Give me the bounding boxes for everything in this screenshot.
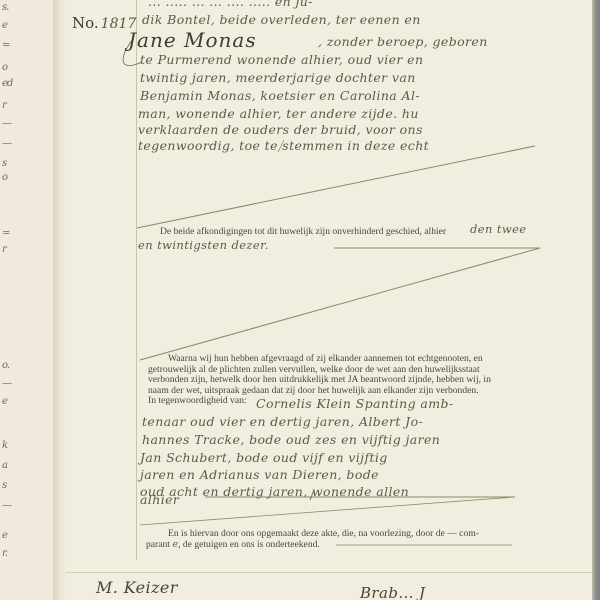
book-gutter	[53, 0, 66, 600]
left-page-fragment: —	[2, 138, 11, 149]
left-page-fragment: k	[2, 440, 7, 451]
witness-line-alhier: alhier	[140, 492, 179, 507]
handwritten-line: dik Bontel, beide overleden, ter eenen e…	[142, 12, 421, 27]
proclamations-date-1: den twee	[470, 222, 527, 236]
proclamations-text: De beide afkondigingen tot dit huwelijk …	[160, 226, 446, 237]
closing-rest: , de getuigen en ons is onderteekend.	[178, 539, 320, 550]
left-page-fragment: a	[2, 460, 7, 471]
handwritten-line: twintig jaren, meerderjarige dochter van	[140, 70, 416, 85]
left-page-fragment: =	[2, 40, 9, 51]
closing-line-1: En is hiervan door ons opgemaakt deze ak…	[168, 528, 479, 539]
left-page-fragment: ed	[2, 78, 12, 89]
left-page-fragment: o	[2, 172, 7, 183]
witness-line: hannes Tracke, bode oud zes en vijftig j…	[142, 432, 440, 447]
left-page-fragment: —	[2, 118, 11, 129]
left-page-fragment: e	[2, 396, 7, 407]
handwritten-line-bride: Jane Monas	[128, 28, 257, 52]
left-page-fragment: s	[2, 158, 6, 169]
left-page-fragment: s	[2, 480, 6, 491]
witness-line: Jan Schubert, bode oud vijf en vijftig	[140, 450, 388, 465]
witness-line: oud acht en dertig jaren, wonende allen	[140, 484, 409, 499]
page-edge	[592, 0, 600, 600]
handwritten-line-tail: , zonder beroep, geboren	[318, 34, 488, 49]
left-page-fragment: r	[2, 244, 6, 255]
left-page-fragment: =	[2, 228, 9, 239]
left-page-fragment: r.	[2, 548, 7, 559]
closing-line-2: parant e, de getuigen en ons is ondertee…	[146, 539, 320, 550]
bottom-rule	[66, 572, 592, 573]
margin-rule	[136, 0, 137, 560]
closing-parant: parant	[146, 539, 170, 550]
proclamations-date-2: en twintigsten dezer.	[138, 238, 269, 252]
entry-number-label: No.	[72, 14, 99, 32]
left-page-fragment: r	[2, 100, 6, 111]
left-page-fragment: e	[2, 530, 7, 541]
left-page-fragment: o	[2, 62, 7, 73]
bride-name: Jane Monas	[128, 28, 257, 52]
signature-second: Brab... J	[360, 584, 425, 600]
left-page-fragment: o.	[2, 360, 9, 371]
signature-first: M. Keizer	[96, 578, 178, 597]
left-page-fragment: s.	[2, 2, 8, 13]
handwritten-line: tegenwoordig, toe te stemmen in deze ech…	[138, 138, 429, 153]
left-page: s. e = o ed r — — s o = r o. — e k a s —…	[0, 0, 54, 600]
entry-number: No.1817	[72, 14, 136, 32]
handwritten-line: verklaarden de ouders der bruid, voor on…	[138, 122, 423, 137]
left-page-fragment: —	[2, 378, 11, 389]
declaration-line: Waarna wij hun hebben afgevraagd of zij …	[148, 354, 518, 365]
left-page-fragment: —	[2, 500, 11, 511]
witness-line: jaren en Adrianus van Dieren, bode	[140, 467, 379, 482]
handwritten-line: te Purmerend wonende alhier, oud vier en	[140, 52, 423, 67]
handwritten-line: Benjamin Monas, koetsier en Carolina Al-	[140, 88, 420, 103]
left-page-fragment: e	[2, 20, 7, 31]
witness-line: tenaar oud vier en dertig jaren, Albert …	[142, 414, 423, 429]
handwritten-line: ... ..... ... ... .... ..... en ju-	[148, 0, 313, 9]
witness-line: Cornelis Klein Spanting amb-	[256, 396, 454, 411]
handwritten-line: man, wonende alhier, ter andere zijde. h…	[138, 106, 419, 121]
